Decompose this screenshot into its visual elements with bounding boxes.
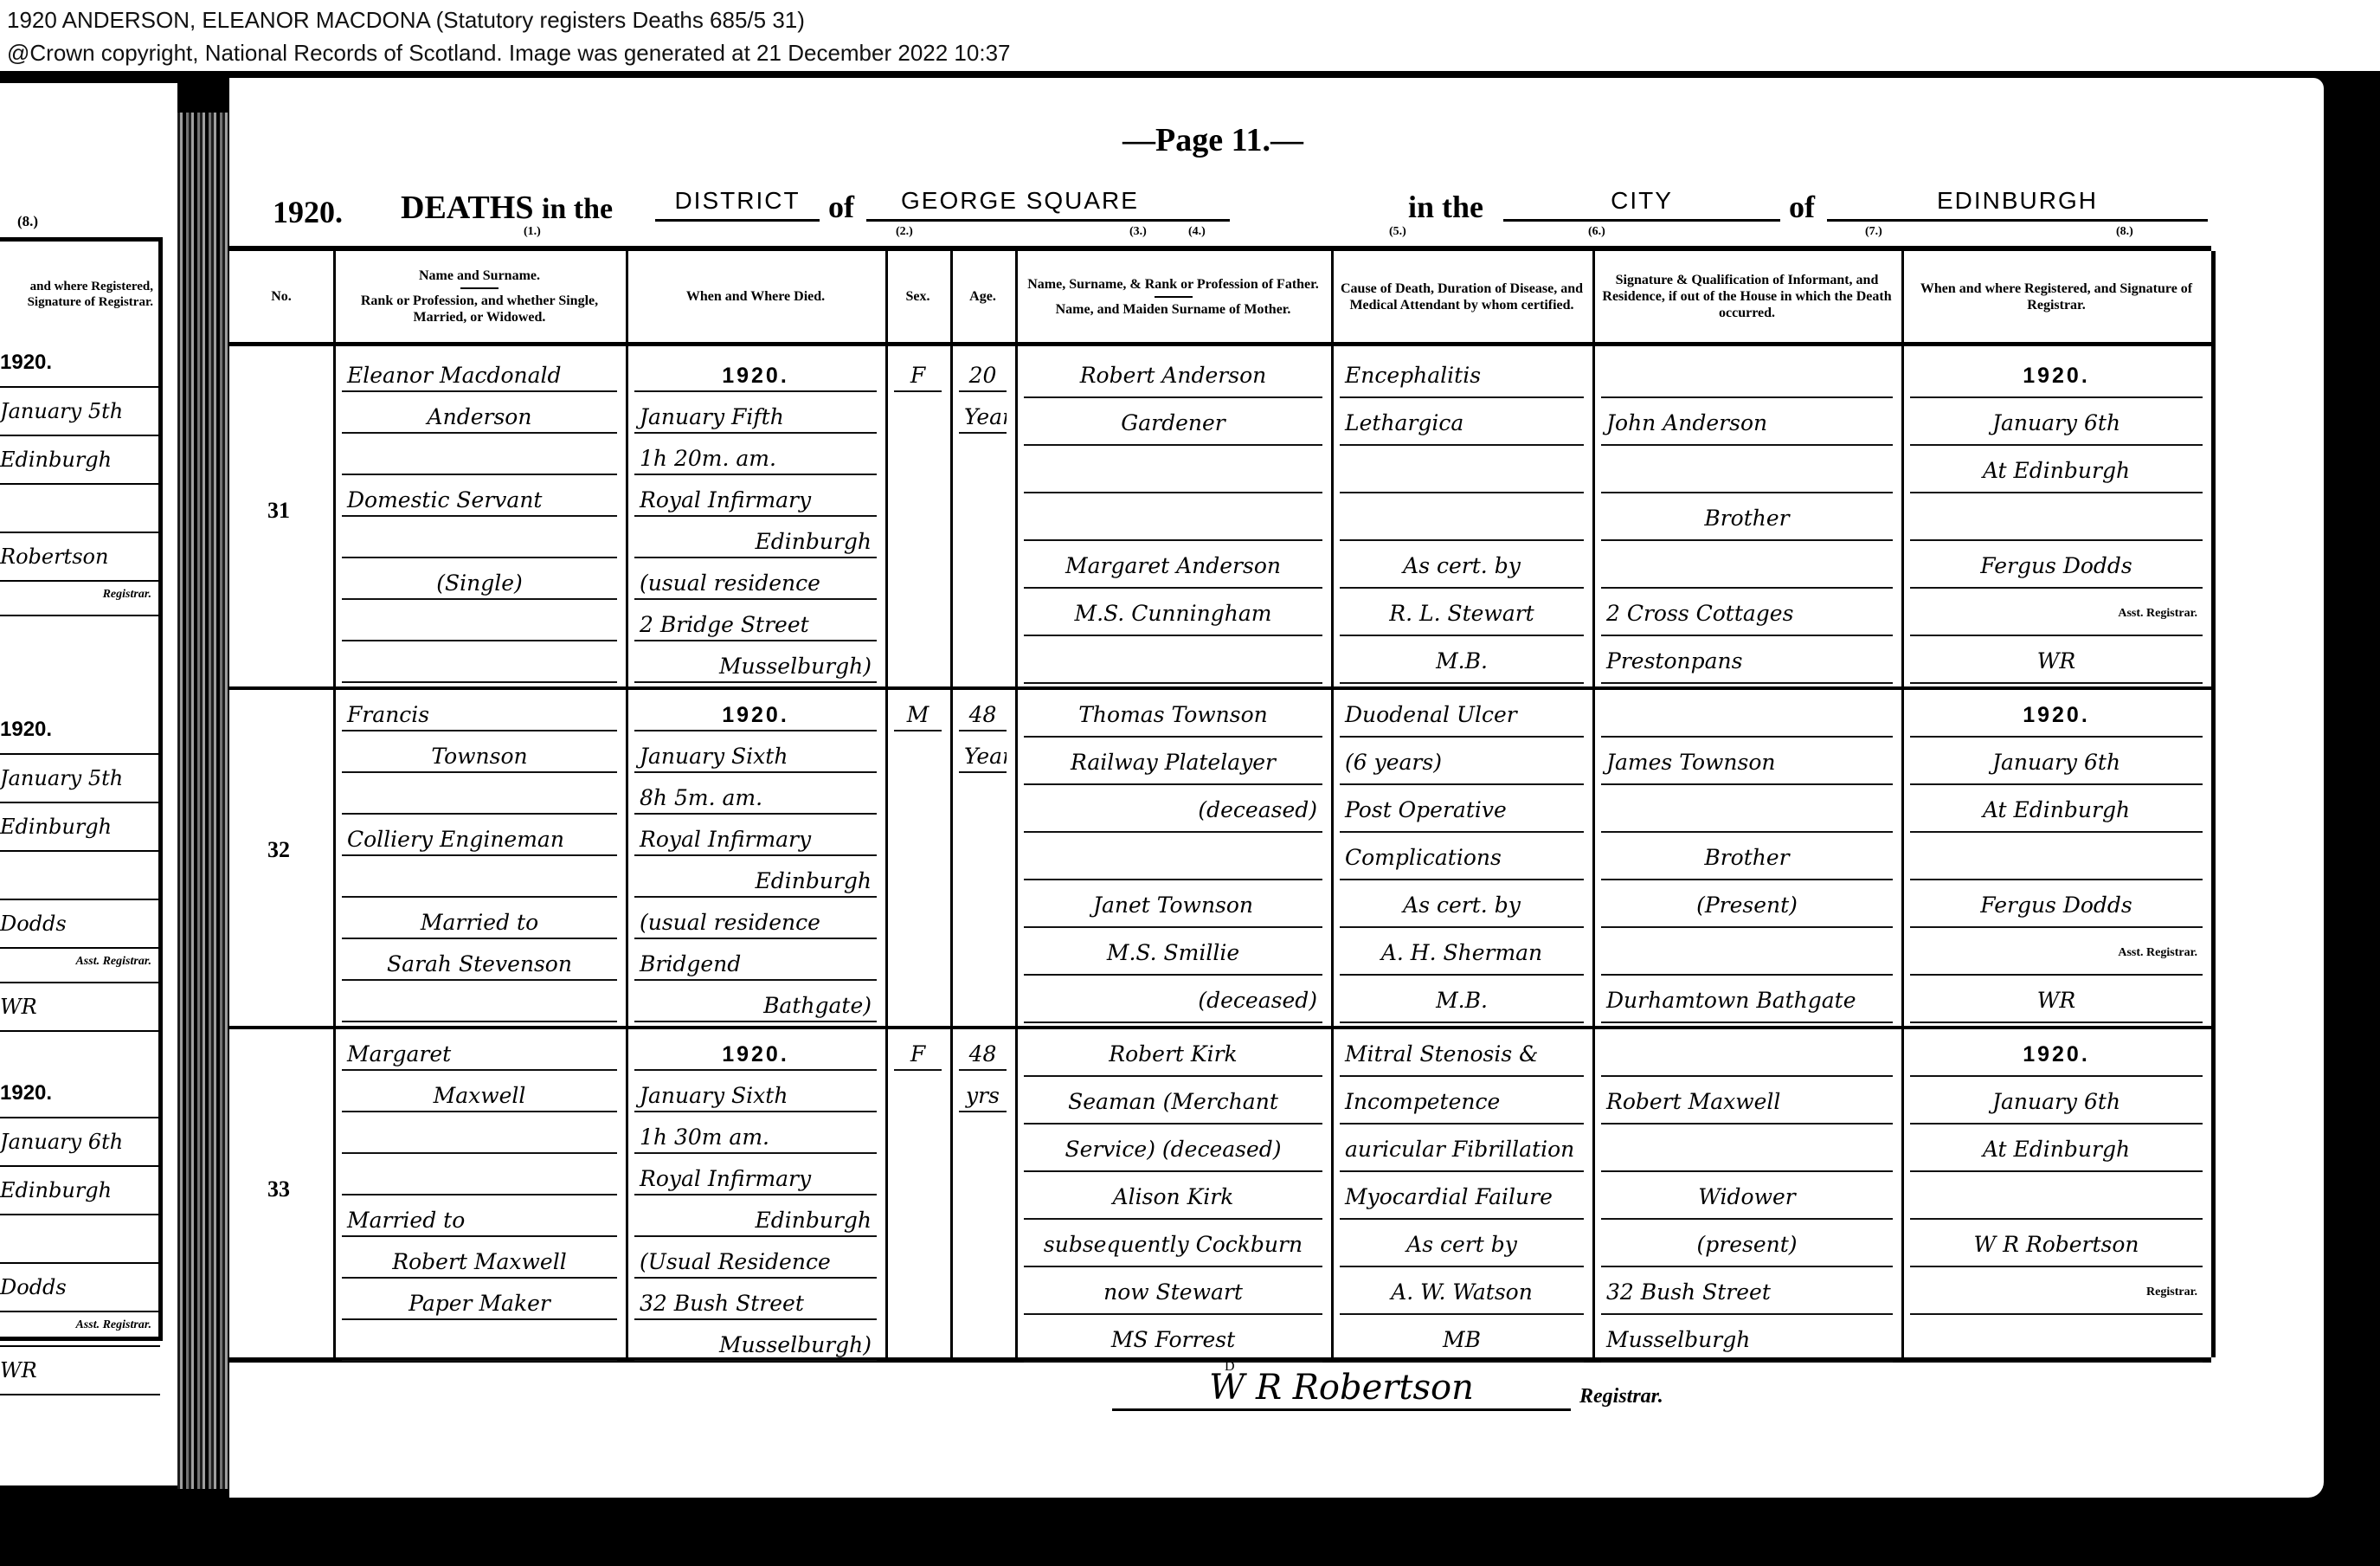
died-line: 1920. [634, 351, 877, 392]
informant-line [1601, 446, 1893, 493]
parents-line: (deceased) [1024, 976, 1322, 1023]
cause-line: R. L. Stewart [1340, 589, 1584, 636]
sex-line: F [894, 1029, 942, 1071]
sex-line: M [894, 690, 942, 731]
parents-line: MS Forrest [1024, 1315, 1322, 1363]
column-number: (3.) [1129, 225, 1147, 239]
entry-number: 31 [267, 498, 290, 524]
left-entry-line: Edinburgh [0, 436, 160, 485]
cell-sex: F [894, 351, 942, 392]
name-line: Townson [342, 731, 617, 773]
book-binding [177, 113, 229, 1489]
header-registered: When and where Registered, and Signature… [1901, 251, 2211, 346]
cause-line: M.B. [1340, 976, 1584, 1023]
header-informant: Signature & Qualification of Informant, … [1592, 251, 1901, 346]
left-entry-line: Edinburgh [0, 1167, 160, 1215]
left-registrar-label: Registrar. [0, 1503, 70, 1523]
name-line: Anderson [342, 392, 617, 434]
cell-registered: 1920.January 6thAt EdinburghFergus Dodds… [1910, 690, 2203, 1023]
registered-line: Asst. Registrar. [1910, 928, 2203, 976]
name-line [342, 981, 617, 1022]
name-line: Married to [342, 1195, 617, 1237]
age-line: 20 [959, 351, 1007, 392]
died-line: (usual residence [634, 898, 877, 939]
registered-line: January 6th [1910, 398, 2203, 446]
cell-parents: Robert KirkSeaman (MerchantService) (dec… [1024, 1029, 1322, 1363]
name-line [342, 1112, 617, 1154]
sex-line: F [894, 351, 942, 392]
cell-sex: F [894, 1029, 942, 1071]
age-line: Years [959, 731, 1007, 773]
record-title: 1920 ANDERSON, ELEANOR MACDONA (Statutor… [7, 3, 1011, 36]
name-line [342, 856, 617, 898]
died-line: Bathgate) [634, 981, 877, 1022]
cause-line: Lethargica [1340, 398, 1584, 446]
died-line: Musselburgh) [634, 641, 877, 683]
column-numbers: (1.)(2.)(3.)(4.)(5.)(6.)(7.)(8.) [229, 225, 2324, 242]
cell-cause: Mitral Stenosis &Incompetenceauricular F… [1340, 1029, 1584, 1363]
entry-number: 33 [267, 1176, 290, 1202]
name-line: Francis [342, 690, 617, 731]
informant-line [1601, 928, 1893, 976]
page-footer: D W R Robertson Registrar. [229, 1359, 2211, 1428]
informant-line: Brother [1601, 833, 1893, 880]
cause-line [1340, 446, 1584, 493]
left-entry-line [0, 1215, 160, 1264]
registered-line: At Edinburgh [1910, 446, 2203, 493]
left-entry-line: Robertson [0, 533, 160, 582]
left-entry-line: 1920. [0, 1070, 160, 1118]
registered-line: 1920. [1910, 351, 2203, 398]
district-type: DISTRICT [655, 187, 820, 222]
cause-line: Complications [1340, 833, 1584, 880]
registered-line [1910, 833, 2203, 880]
informant-line: Musselburgh [1601, 1315, 1893, 1363]
informant-line [1601, 785, 1893, 833]
name-line: Domestic Servant [342, 475, 617, 517]
cause-line: Encephalitis [1340, 351, 1584, 398]
left-entry-line: WR [0, 983, 160, 1032]
died-line: Edinburgh [634, 517, 877, 558]
column-number: (8.) [2116, 225, 2133, 239]
cell-died: 1920.January Sixth1h 30m am.Royal Infirm… [634, 1029, 877, 1362]
informant-line: (Present) [1601, 880, 1893, 928]
cause-line [1340, 493, 1584, 541]
header-sex: Sex. [885, 251, 950, 346]
parents-line: Janet Townson [1024, 880, 1322, 928]
burgh-name: EDINBURGH [1827, 187, 2208, 222]
register-title: 1920. DEATHS in the DISTRICT of GEORGE S… [273, 180, 2255, 232]
name-line: Sarah Stevenson [342, 939, 617, 981]
column-number: (4.) [1188, 225, 1206, 239]
registered-line: WR [1910, 636, 2203, 684]
left-entry: 1920.January 5thEdinburghRobertsonRegist… [0, 339, 160, 616]
cell-informant: James TownsonBrother(Present)Durhamtown … [1601, 690, 1893, 1023]
name-line [342, 434, 617, 475]
parents-line: M.S. Smillie [1024, 928, 1322, 976]
died-line: Royal Infirmary [634, 1154, 877, 1195]
name-line: Eleanor Macdonald [342, 351, 617, 392]
table-row[interactable]: 33MargaretMaxwellMarried toRobert Maxwel… [229, 1029, 2211, 1369]
copyright-notice: @Crown copyright, National Records of Sc… [7, 36, 1011, 69]
left-entry-line [0, 852, 160, 900]
cell-name: MargaretMaxwellMarried toRobert MaxwellP… [342, 1029, 617, 1362]
in-the-label-2: in the [1408, 189, 1483, 225]
informant-line: 32 Bush Street [1601, 1267, 1893, 1315]
name-line: Robert Maxwell [342, 1237, 617, 1279]
left-entry-line: January 5th [0, 388, 160, 436]
parents-line: (deceased) [1024, 785, 1322, 833]
parents-line: Gardener [1024, 398, 1322, 446]
parents-line: Seaman (Merchant [1024, 1077, 1322, 1125]
parents-line: Margaret Anderson [1024, 541, 1322, 589]
name-line [342, 1154, 617, 1195]
parents-line [1024, 493, 1322, 541]
registered-line: At Edinburgh [1910, 1125, 2203, 1172]
informant-line: John Anderson [1601, 398, 1893, 446]
informant-line: (present) [1601, 1220, 1893, 1267]
cell-age: 48yrs [959, 1029, 1007, 1112]
registrar-label: Registrar. [1579, 1385, 1663, 1408]
page-number: —Page 11.— [1122, 121, 1303, 159]
died-line: 1920. [634, 1029, 877, 1071]
name-line: Maxwell [342, 1071, 617, 1112]
name-line [342, 517, 617, 558]
left-entry-line: January 5th [0, 755, 160, 803]
registered-line: W R Robertson [1910, 1220, 2203, 1267]
cell-died: 1920.January Fifth1h 20m. am.Royal Infir… [634, 351, 877, 683]
registered-line: WR [1910, 976, 2203, 1023]
cell-cause: EncephalitisLethargicaAs cert. byR. L. S… [1340, 351, 1584, 684]
left-entry-line: Asst. Registrar. [0, 949, 160, 983]
informant-line: Widower [1601, 1172, 1893, 1220]
left-entry-line: Dodds [0, 1264, 160, 1312]
column-number: (6.) [1588, 225, 1605, 239]
died-line: Edinburgh [634, 856, 877, 898]
table-row[interactable]: 32FrancisTownsonColliery EnginemanMarrie… [229, 690, 2211, 1029]
header-parents: Name, Surname, & Rank or Profession of F… [1015, 251, 1331, 346]
died-line: January Sixth [634, 1071, 877, 1112]
died-line: Royal Infirmary [634, 815, 877, 856]
cell-parents: Thomas TownsonRailway Platelayer(decease… [1024, 690, 1322, 1023]
registered-line [1910, 493, 2203, 541]
left-entry-line: 1920. [0, 706, 160, 755]
registered-line [1910, 1315, 2203, 1363]
name-line: Paper Maker [342, 1279, 617, 1320]
died-line: (usual residence [634, 558, 877, 600]
age-line: 48 [959, 1029, 1007, 1071]
left-entry-line: Edinburgh [0, 803, 160, 852]
died-line: January Fifth [634, 392, 877, 434]
cause-line: Myocardial Failure [1340, 1172, 1584, 1220]
entry-number: 32 [267, 837, 290, 863]
of-label: of [828, 189, 854, 225]
of-label-2: of [1789, 189, 1815, 225]
cause-line: Duodenal Ulcer [1340, 690, 1584, 738]
cell-sex: M [894, 690, 942, 731]
cell-parents: Robert AndersonGardenerMargaret Anderson… [1024, 351, 1322, 684]
registered-line: January 6th [1910, 1077, 2203, 1125]
header-cause: Cause of Death, Duration of Disease, and… [1331, 251, 1592, 346]
left-page: (8.) and where Registered, Signature of … [0, 83, 177, 1485]
cause-line: auricular Fibrillation [1340, 1125, 1584, 1172]
parents-line [1024, 446, 1322, 493]
age-line: Years [959, 392, 1007, 434]
died-line: 8h 5m. am. [634, 773, 877, 815]
registered-line: Registrar. [1910, 1267, 2203, 1315]
cell-registered: 1920.January 6thAt EdinburghW R Robertso… [1910, 1029, 2203, 1363]
parents-line: Alison Kirk [1024, 1172, 1322, 1220]
name-line: Margaret [342, 1029, 617, 1071]
informant-line [1601, 690, 1893, 738]
table-right-border [2211, 251, 2216, 1357]
registered-line: January 6th [1910, 738, 2203, 785]
age-line: 48 [959, 690, 1007, 731]
informant-line [1601, 1125, 1893, 1172]
left-entry-line: Dodds [0, 900, 160, 949]
parents-line: Railway Platelayer [1024, 738, 1322, 785]
cause-line: MB [1340, 1315, 1584, 1363]
deaths-label: DEATHS [401, 190, 533, 226]
header-age: Age. [950, 251, 1015, 346]
cell-informant: Robert MaxwellWidower(present)32 Bush St… [1601, 1029, 1893, 1363]
burgh-type: CITY [1503, 187, 1780, 222]
registered-line: At Edinburgh [1910, 785, 2203, 833]
informant-line [1601, 1029, 1893, 1077]
cell-age: 20Years [959, 351, 1007, 434]
left-entry: 1920.January 5thEdinburghDoddsAsst. Regi… [0, 706, 160, 1032]
district-name: GEORGE SQUARE [866, 187, 1230, 222]
informant-line: Robert Maxwell [1601, 1077, 1893, 1125]
registrar-signature: W R Robertson [1112, 1368, 1571, 1411]
cell-died: 1920.January Sixth8h 5m. am.Royal Infirm… [634, 690, 877, 1022]
died-line: 2 Bridge Street [634, 600, 877, 641]
column-number: (5.) [1389, 225, 1406, 239]
died-line: Musselburgh) [634, 1320, 877, 1362]
name-line: Married to [342, 898, 617, 939]
cause-line: A. W. Watson [1340, 1267, 1584, 1315]
registered-line: Asst. Registrar. [1910, 589, 2203, 636]
left-entry-line: Asst. Registrar. [0, 1312, 160, 1347]
informant-line [1601, 351, 1893, 398]
left-entry-line: WR [0, 1347, 160, 1395]
register-table: No. Name and Surname.Rank or Profession,… [229, 246, 2211, 1363]
parents-line: subsequently Cockburn [1024, 1220, 1322, 1267]
cell-name: FrancisTownsonColliery EnginemanMarried … [342, 690, 617, 1022]
name-line [342, 600, 617, 641]
cell-name: Eleanor MacdonaldAndersonDomestic Servan… [342, 351, 617, 683]
column-number: (7.) [1865, 225, 1882, 239]
cell-registered: 1920.January 6thAt EdinburghFergus Dodds… [1910, 351, 2203, 684]
informant-line: Prestonpans [1601, 636, 1893, 684]
cause-line: As cert. by [1340, 541, 1584, 589]
died-line: 1920. [634, 690, 877, 731]
informant-line: Brother [1601, 493, 1893, 541]
register-heading: DEATHS in the [401, 189, 613, 227]
left-entry-line [0, 485, 160, 533]
record-caption: 1920 ANDERSON, ELEANOR MACDONA (Statutor… [7, 3, 1011, 69]
died-line: Royal Infirmary [634, 475, 877, 517]
left-column-header: and where Registered, Signature of Regis… [0, 279, 160, 310]
cause-line: As cert. by [1340, 880, 1584, 928]
table-row[interactable]: 31Eleanor MacdonaldAndersonDomestic Serv… [229, 351, 2211, 690]
left-entry-line: Registrar. [0, 582, 160, 616]
cause-line: As cert by [1340, 1220, 1584, 1267]
registered-line: Fergus Dodds [1910, 880, 2203, 928]
informant-line: 2 Cross Cottages [1601, 589, 1893, 636]
cause-line: M.B. [1340, 636, 1584, 684]
parents-line: Service) (deceased) [1024, 1125, 1322, 1172]
cell-cause: Duodenal Ulcer(6 years)Post OperativeCom… [1340, 690, 1584, 1023]
cell-informant: John AndersonBrother2 Cross CottagesPres… [1601, 351, 1893, 684]
name-line [342, 773, 617, 815]
age-line: yrs [959, 1071, 1007, 1112]
cause-line: (6 years) [1340, 738, 1584, 785]
cause-line: A. H. Sherman [1340, 928, 1584, 976]
parents-line: M.S. Cunningham [1024, 589, 1322, 636]
left-entry-line: 1920. [0, 339, 160, 388]
registered-line: 1920. [1910, 1029, 2203, 1077]
parents-line: Robert Anderson [1024, 351, 1322, 398]
cause-line: Post Operative [1340, 785, 1584, 833]
died-line: 1h 30m am. [634, 1112, 877, 1154]
died-line: Edinburgh [634, 1195, 877, 1237]
informant-line [1601, 541, 1893, 589]
name-line [342, 1320, 617, 1362]
informant-line: James Townson [1601, 738, 1893, 785]
name-line: Colliery Engineman [342, 815, 617, 856]
left-column-number: (8.) [17, 213, 38, 230]
parents-line [1024, 636, 1322, 684]
name-line: (Single) [342, 558, 617, 600]
left-entry: 1920.January 6thEdinburghDoddsAsst. Regi… [0, 1070, 160, 1395]
cause-line: Incompetence [1340, 1077, 1584, 1125]
cell-age: 48Years [959, 690, 1007, 773]
registered-line [1910, 1172, 2203, 1220]
header-when-where: When and Where Died. [626, 251, 885, 346]
register-page: —Page 11.— 1920. DEATHS in the DISTRICT … [229, 78, 2324, 1498]
informant-line: Durhamtown Bathgate [1601, 976, 1893, 1023]
cause-line: Mitral Stenosis & [1340, 1029, 1584, 1077]
left-entry-line: January 6th [0, 1118, 160, 1167]
parents-line: now Stewart [1024, 1267, 1322, 1315]
died-line: Bridgend [634, 939, 877, 981]
column-number: (1.) [524, 225, 541, 239]
parents-line: Robert Kirk [1024, 1029, 1322, 1077]
header-name: Name and Surname.Rank or Profession, and… [333, 251, 626, 346]
column-number: (2.) [896, 225, 913, 239]
died-line: 32 Bush Street [634, 1279, 877, 1320]
died-line: (Usual Residence [634, 1237, 877, 1279]
header-no: No. [229, 251, 333, 346]
registered-line: Fergus Dodds [1910, 541, 2203, 589]
in-the-label: in the [542, 193, 613, 225]
name-line [342, 641, 617, 683]
registered-line: 1920. [1910, 690, 2203, 738]
died-line: 1h 20m. am. [634, 434, 877, 475]
parents-line: Thomas Townson [1024, 690, 1322, 738]
died-line: January Sixth [634, 731, 877, 773]
parents-line [1024, 833, 1322, 880]
